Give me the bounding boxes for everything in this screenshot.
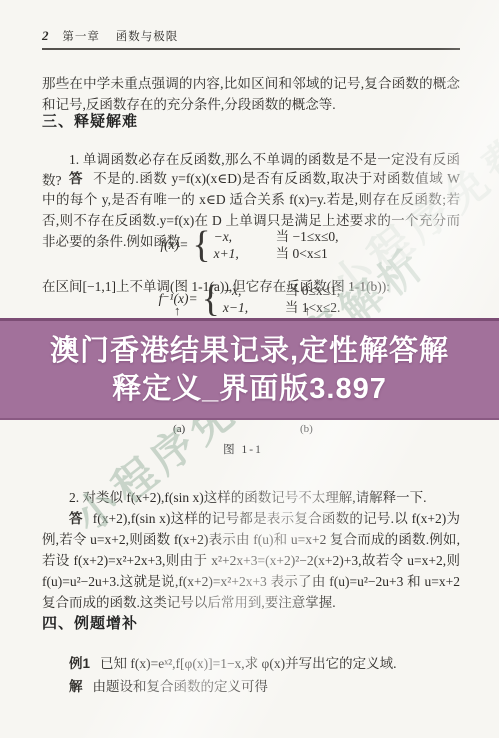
solution-label: 解: [69, 679, 83, 694]
overlay-ad-banner-text: 澳门香港结果记录,定性解答解释定义_界面版3.897: [0, 332, 499, 408]
solution-text: 由题设和复合函数的定义可得: [93, 679, 269, 694]
intro-paragraph: 那些在中学未重点强调的内容,比如区间和邻域的记号,复合函数的概念和记号,反函数存…: [42, 73, 460, 115]
case-expression: x+1,: [214, 245, 260, 262]
page-number: 2: [42, 28, 49, 43]
answer-2-text: f(x+2),f(sin x)这样的记号都是表示复合函数的记号.以 f(x+2)…: [42, 511, 460, 610]
chapter-label: 第一章: [62, 31, 100, 43]
case-condition: 当 0<x≤1: [276, 245, 328, 262]
piecewise-cases: −x, 当 −1≤x≤0, x+1, 当 0<x≤1: [214, 228, 339, 262]
case-expression: −x,: [214, 228, 260, 245]
figure-axis-arrow: ↑: [304, 303, 311, 319]
figure-label-b: (b): [300, 423, 313, 435]
piecewise-cases: −x, 当 0≤x≤1, x−1, 当 1<x≤2.: [223, 282, 341, 316]
case-expression: x−1,: [223, 299, 269, 316]
answer-label: 答: [69, 511, 83, 526]
formula-lhs: f(x)=: [160, 237, 188, 253]
solution-line: 解由题设和复合函数的定义可得: [42, 676, 460, 697]
scanned-textbook-page: 2 第一章 函数与极限 那些在中学未重点强调的内容,比如区间和邻域的记号,复合函…: [0, 0, 499, 738]
brace-icon: {: [192, 228, 210, 262]
answer-2: 答f(x+2),f(sin x)这样的记号都是表示复合函数的记号.以 f(x+2…: [42, 508, 460, 613]
case-condition: 当 −1≤x≤0,: [276, 228, 339, 245]
formula-piecewise-inverse: f⁻¹(x)= { −x, 当 0≤x≤1, x−1, 当 1<x≤2.: [0, 282, 499, 316]
case-row: −x, 当 0≤x≤1,: [223, 282, 341, 299]
example-1: 例1已知 f(x)=eˣ²,f[φ(x)]=1−x,求 φ(x)并写出它的定义域…: [42, 653, 460, 674]
chapter-title: 函数与极限: [116, 31, 179, 43]
figure-axis-arrow: ↑: [174, 303, 181, 319]
overlay-ad-banner[interactable]: 澳门香港结果记录,定性解答解释定义_界面版3.897: [0, 318, 499, 420]
figure-caption: 图 1-1: [0, 441, 486, 457]
case-row: x+1, 当 0<x≤1: [214, 245, 339, 262]
case-row: x−1, 当 1<x≤2.: [223, 299, 341, 316]
case-condition: 当 0≤x≤1,: [285, 282, 340, 299]
section-heading-faq: 三、释疑解难: [42, 110, 138, 131]
case-row: −x, 当 −1≤x≤0,: [214, 228, 339, 245]
question-2: 2. 对类似 f(x+2),f(sin x)这样的函数记号不太理解,请解释一下.: [42, 487, 460, 508]
section-heading-examples: 四、例题增补: [42, 612, 138, 633]
example-1-text: 已知 f(x)=eˣ²,f[φ(x)]=1−x,求 φ(x)并写出它的定义域.: [100, 656, 396, 671]
answer-label: 答: [69, 171, 83, 186]
case-expression: −x,: [223, 282, 269, 299]
page-header: 2 第一章 函数与极限: [42, 28, 460, 44]
figure-label-a: (a): [173, 423, 185, 435]
example-label: 例1: [69, 656, 90, 671]
formula-piecewise-f: f(x)= { −x, 当 −1≤x≤0, x+1, 当 0<x≤1: [0, 228, 499, 262]
brace-icon: {: [202, 282, 220, 316]
case-condition: 当 1<x≤2.: [285, 299, 341, 316]
header-divider: [42, 48, 460, 50]
